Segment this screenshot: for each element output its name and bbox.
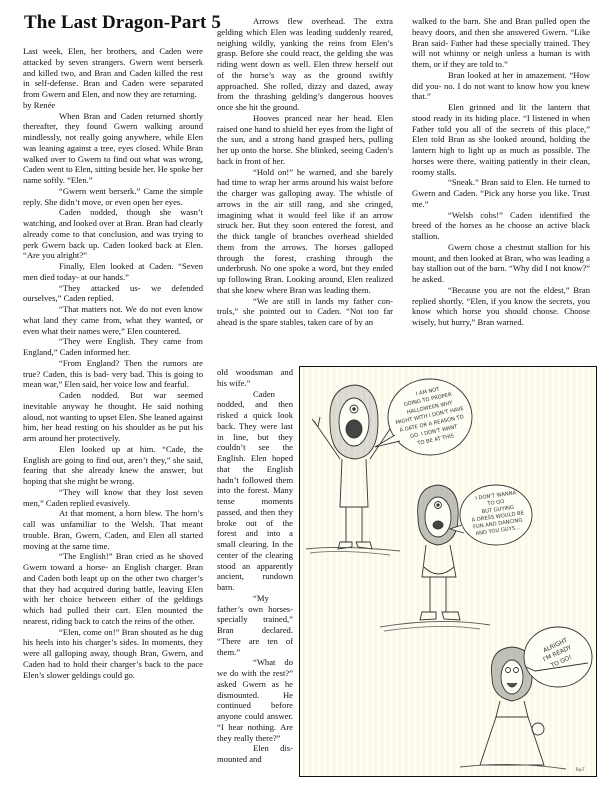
paragraph: Elen grinned and lit the lantern that st… (412, 102, 590, 177)
cartoon-drawing: I AM NOT GOING TO PROPER HALLOWEEN WHY M… (300, 367, 596, 776)
paragraph: At that moment, a horn blew. The horn’s … (23, 508, 203, 551)
paragraph: “Elen, come on!” Bran shouted as he dug … (23, 627, 203, 681)
paragraph: “Because you are not the eldest,” Bran r… (412, 285, 590, 328)
paragraph: Elen looked up at him. “Cade, the Englis… (23, 444, 203, 487)
paragraph: “That matters not. We do not even know w… (23, 304, 203, 336)
column-1: Last week, Elen, her brothers, and Caden… (23, 46, 203, 680)
paragraph: Gwern chose a chestnut stallion for his … (412, 242, 590, 285)
paragraph: “Gwern went berserk.” Came the simple re… (23, 186, 203, 208)
paragraph: “They will know that they lost seven men… (23, 487, 203, 509)
column-2-narrow: old woodsman and his wife.” Caden nodded… (217, 367, 293, 765)
paragraph: old woodsman and his wife.” (217, 367, 293, 389)
paragraph: “We are still in lands my father con­tro… (217, 296, 393, 328)
paragraph: “Hold on!” he warned, and she barely had… (217, 167, 393, 296)
paragraph: “My father’s own hors­es- specially trai… (217, 593, 293, 658)
paragraph: Caden nodded, though she wasn’t watching… (23, 207, 203, 261)
paragraph: “The English!” Bran cried as he shoved G… (23, 551, 203, 626)
paragraph: “Sneak.” Bran said to Elen. He turned to… (412, 177, 590, 209)
paragraph: “What do we do with the rest?” asked Gwe… (217, 657, 293, 743)
paragraph: When Bran and Caden returned shortly the… (23, 111, 203, 186)
paragraph: “From England? Then the rumors are true?… (23, 358, 203, 390)
paragraph: Hooves pranced near her head. Elen raise… (217, 113, 393, 167)
paragraph: Finally, Elen looked at Caden. “Seven me… (23, 261, 203, 283)
byline: by Renée (23, 100, 203, 111)
paragraph: “Welsh cobs!” Caden identified the breed… (412, 210, 590, 242)
paragraph: Caden nodded. But war seemed inevitable … (23, 390, 203, 444)
article-title: The Last Dragon-Part 5 (24, 12, 221, 34)
column-2: Arrows flew overhead. The extra gelding … (217, 16, 393, 328)
paragraph: “They were English. They came from Engla… (23, 336, 203, 358)
paragraph: Caden nodded, and then risked a quick lo… (217, 389, 293, 593)
paragraph: Bran looked at her in amazement. “How di… (412, 70, 590, 102)
summary-paragraph: Last week, Elen, her brothers, and Caden… (23, 46, 203, 100)
paragraph: “They attacked us- we defended ourselves… (23, 283, 203, 305)
column-3: walked to the barn. She and Bran pulled … (412, 16, 590, 328)
artist-signature: Ru.F (576, 767, 585, 772)
paragraph: walked to the barn. She and Bran pulled … (412, 16, 590, 70)
paragraph: Arrows flew overhead. The extra gelding … (217, 16, 393, 113)
cartoon-illustration: I AM NOT GOING TO PROPER HALLOWEEN WHY M… (299, 366, 597, 777)
figure-screaming-girl (306, 385, 400, 555)
paragraph: Elen dis­mounted and (217, 743, 293, 765)
